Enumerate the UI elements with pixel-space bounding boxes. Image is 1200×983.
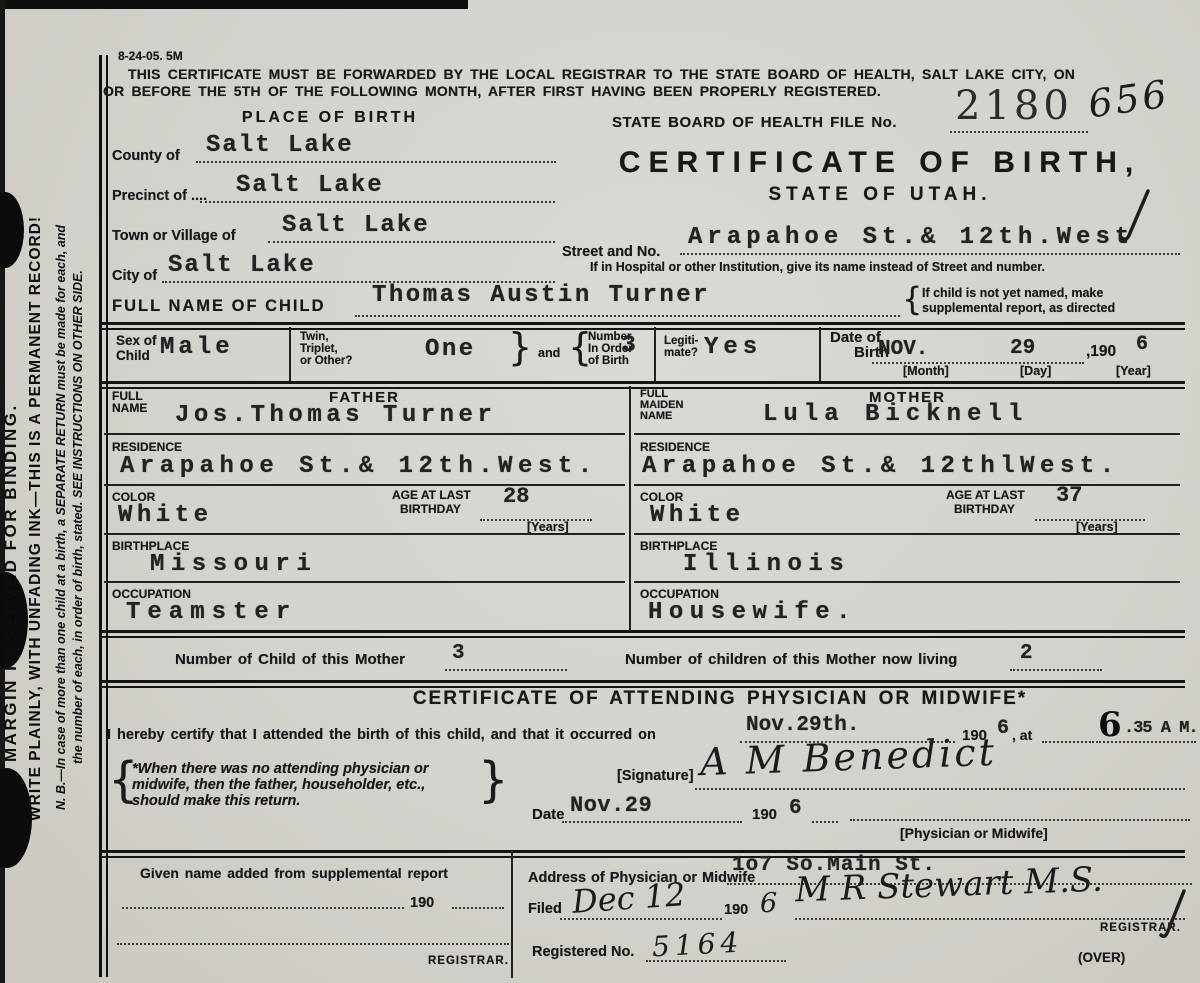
- twin-value: One: [425, 338, 476, 362]
- father-birthplace-value: Missouri: [150, 553, 317, 577]
- father-age-value: 28: [503, 486, 529, 508]
- town-label: Town or Village of: [112, 229, 236, 245]
- physician-midwife-bracket: [Physician or Midwife]: [900, 826, 1048, 841]
- physician-section-title: CERTIFICATE OF ATTENDING PHYSICIAN OR MI…: [290, 689, 1150, 710]
- occurred-year-digit: 6: [997, 719, 1009, 739]
- sex-label-1: Sex of: [116, 334, 157, 349]
- street-label: Street and No.: [562, 245, 660, 261]
- file-number-line: [950, 131, 1088, 133]
- margin-permanent-text: WRITE PLAINLY, WITH UNFADING INK—THIS IS…: [27, 62, 49, 974]
- midwife-note-line1: *When there was no attending physician o…: [132, 762, 429, 778]
- scan-top-edge: [0, 0, 468, 9]
- mother-residence-line: [634, 484, 1180, 486]
- legitimate-value: Yes: [704, 336, 762, 360]
- registrar-left-line: [117, 943, 509, 945]
- mother-birthplace-line: [634, 581, 1180, 583]
- father-name-value: Jos.Thomas Turner: [175, 404, 496, 428]
- father-residence-value: Arapahoe St.& 12th.West.: [120, 455, 598, 479]
- registered-number-label: Registered No.: [532, 945, 634, 961]
- section-rule: [100, 680, 1185, 688]
- precinct-line: [200, 201, 555, 203]
- sex-value: Male: [160, 336, 234, 360]
- father-age-label-2: BIRTHDAY: [400, 503, 461, 516]
- cell-divider: [819, 327, 821, 383]
- file-number-handwritten: 656: [1086, 75, 1172, 124]
- place-of-birth-heading: PLACE OF BIRTH: [220, 109, 440, 127]
- father-name-label-2: NAME: [112, 402, 147, 415]
- sex-label-2: Child: [116, 349, 150, 364]
- child-number-label: Number of Child of this Mother: [175, 652, 405, 669]
- precinct-label: Precinct of ....: [112, 189, 207, 205]
- check-mark-icon: [1118, 188, 1152, 248]
- child-number-value: 3: [452, 643, 465, 664]
- physician-signature: A M Benedict: [699, 733, 997, 781]
- notice-line2: OR BEFORE THE 5TH OF THE FOLLOWING MONTH…: [103, 84, 881, 99]
- file-number-label: STATE BOARD OF HEALTH FILE No.: [612, 115, 897, 132]
- father-birthplace-line: [104, 581, 625, 583]
- twin-label-2: Triplet,: [300, 343, 338, 356]
- time-line: [1042, 741, 1094, 743]
- day-bracket: [Day]: [1020, 365, 1051, 379]
- physician-midwife-line: [850, 819, 1190, 821]
- supplemental-label: Given name added from supplemental repor…: [140, 866, 448, 881]
- mother-residence-value: Arapahoe St.& 12thlWest.: [642, 455, 1120, 479]
- filed-year-printed: 190: [724, 903, 748, 919]
- mother-name-line: [634, 433, 1180, 435]
- date-label: Date: [532, 807, 565, 824]
- filed-label: Filed: [528, 902, 562, 918]
- date-line-2: [812, 821, 838, 823]
- registered-number-line: [646, 960, 786, 962]
- twin-label-1: Twin,: [300, 331, 329, 344]
- over-label: (OVER): [1078, 951, 1125, 966]
- child-name-label: FULL NAME OF CHILD: [112, 297, 326, 315]
- time-line-2: [1096, 741, 1196, 743]
- unnamed-note-line1: If child is not yet named, make: [922, 287, 1103, 301]
- registered-number-value: 5164: [651, 929, 744, 962]
- year-bracket: [Year]: [1116, 365, 1151, 379]
- and-label: and: [538, 347, 560, 361]
- city-label: City of: [112, 269, 157, 285]
- midwife-note-line2: midwife, then the father, householder, e…: [132, 778, 425, 794]
- child-number-line: [445, 669, 567, 671]
- children-living-line: [1010, 669, 1102, 671]
- county-value: Salt Lake: [206, 134, 354, 158]
- parent-column-divider: [629, 386, 631, 632]
- signature-label: [Signature]: [617, 769, 694, 785]
- unnamed-note-line2: supplemental report, as directed: [922, 302, 1115, 316]
- mother-age-label-1: AGE AT LAST: [946, 489, 1025, 502]
- father-age-label-1: AGE AT LAST: [392, 489, 471, 502]
- brace-icon: }: [508, 328, 532, 366]
- margin-binding-text: MARGIN RESERVED FOR BINDING.: [1, 205, 25, 960]
- time-typed-value: .35 A M.: [1124, 720, 1198, 737]
- supplemental-year: 190: [410, 896, 434, 912]
- certificate-title: CERTIFICATE OF BIRTH,: [595, 146, 1165, 179]
- legitimate-label-1: Legiti-: [664, 335, 699, 348]
- child-name-line: [355, 315, 900, 317]
- filed-date-handwritten: Dec 12: [571, 878, 686, 918]
- dob-year-digit: 6: [1136, 335, 1148, 355]
- child-name-value: Thomas Austin Turner: [372, 284, 710, 308]
- town-value: Salt Lake: [282, 214, 430, 238]
- hospital-note: If in Hospital or other Institution, giv…: [590, 261, 1045, 275]
- at-label: , at: [1012, 728, 1032, 743]
- section-rule: [100, 850, 1185, 858]
- legitimate-label-2: mate?: [664, 347, 698, 360]
- margin-nb-line1: N. B.—In case of more than one child at …: [54, 58, 70, 976]
- county-label: County of: [112, 149, 180, 165]
- street-value: Arapahoe St.& 12th.West: [688, 226, 1134, 250]
- filed-year-digit: 6: [760, 890, 777, 917]
- mother-age-value: 37: [1056, 485, 1082, 507]
- dob-month-value: NOV.: [878, 339, 928, 360]
- father-color-line: [104, 533, 625, 535]
- form-left-border: [99, 55, 108, 977]
- order-value: 3: [622, 334, 636, 357]
- town-line: [268, 241, 555, 243]
- cell-divider: [289, 327, 291, 383]
- date-line: [562, 821, 742, 823]
- mother-occupation-value: Housewife.: [648, 601, 857, 625]
- birth-certificate-scan: MARGIN RESERVED FOR BINDING. WRITE PLAIN…: [0, 0, 1200, 983]
- time-hand-digit: 6: [1098, 708, 1122, 742]
- date-year-digit: 6: [789, 798, 802, 819]
- dob-year-printed: ,190: [1086, 343, 1116, 360]
- father-name-line: [104, 433, 625, 435]
- twin-label-3: or Other?: [300, 355, 352, 368]
- street-line: [680, 253, 1180, 255]
- county-line: [196, 161, 556, 163]
- certify-statement: I hereby certify that I attended the bir…: [107, 728, 656, 744]
- date-year-printed: 190: [752, 807, 777, 824]
- cell-divider: [654, 327, 656, 383]
- registrar-signature: M R Stewart M.S.: [795, 863, 1104, 908]
- footer-divider: [511, 850, 513, 978]
- dob-day-value: 29: [1010, 338, 1035, 359]
- notice-line1: THIS CERTIFICATE MUST BE FORWARDED BY TH…: [128, 67, 1075, 82]
- signature-line: [695, 788, 1185, 790]
- file-number-stamped: 2180: [955, 86, 1073, 126]
- children-living-label: Number of children of this Mother now li…: [625, 652, 957, 669]
- date-value: Nov.29: [570, 795, 652, 817]
- filed-line: [560, 918, 722, 920]
- mother-age-label-2: BIRTHDAY: [954, 503, 1015, 516]
- month-bracket: [Month]: [903, 365, 949, 379]
- children-living-value: 2: [1020, 643, 1033, 664]
- brace-icon: }: [478, 756, 509, 804]
- mother-name-label-3: NAME: [640, 410, 672, 422]
- occurred-date-value: Nov.29th.: [746, 715, 859, 736]
- registrar-signature-line: [795, 918, 1185, 920]
- brace-icon: {: [902, 283, 922, 315]
- father-color-value: White: [118, 504, 213, 528]
- registrar-left-label: REGISTRAR.: [428, 955, 509, 968]
- mother-birthplace-value: Illinois: [683, 553, 850, 577]
- precinct-value: Salt Lake: [236, 174, 384, 198]
- mother-name-value: Lula Bicknell: [763, 403, 1028, 427]
- margin-nb-line2: the number of each, in order of birth, s…: [71, 58, 87, 976]
- father-occupation-value: Teamster: [126, 601, 297, 625]
- supplemental-line: [122, 907, 404, 909]
- section-rule: [100, 630, 1185, 638]
- section-rule: [100, 322, 1185, 330]
- father-residence-line: [104, 484, 625, 486]
- mother-color-value: White: [650, 504, 745, 528]
- city-value: Salt Lake: [168, 254, 316, 278]
- print-code: 8-24-05. 5M: [118, 50, 183, 63]
- mother-color-line: [634, 533, 1180, 535]
- midwife-note-line3: should make this return.: [132, 794, 300, 810]
- supplemental-year-line: [452, 907, 504, 909]
- check-mark-icon: [1158, 888, 1188, 944]
- certificate-subtitle: STATE OF UTAH.: [595, 185, 1165, 206]
